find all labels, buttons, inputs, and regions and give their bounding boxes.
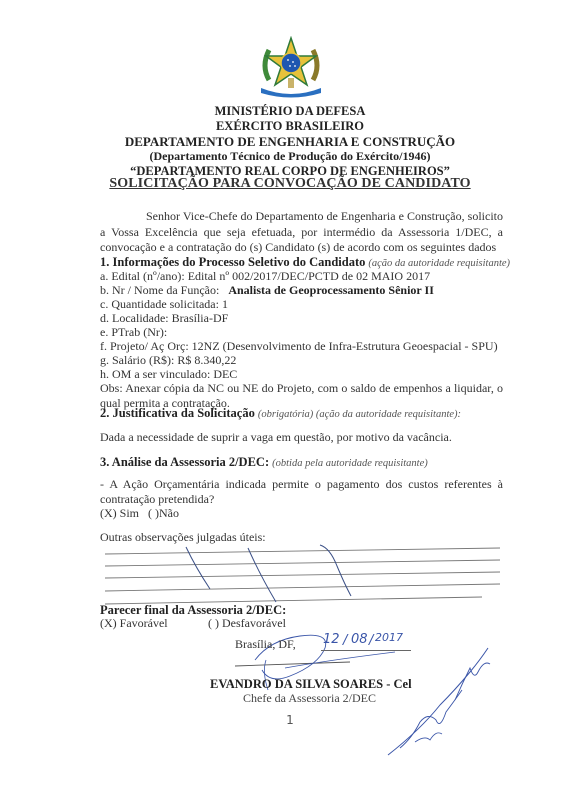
- letterhead: MINISTÉRIO DA DEFESA EXÉRCITO BRASILEIRO…: [0, 104, 580, 179]
- item-a: a. Edital (nº/ano): Edital nº 002/2017/D…: [100, 269, 430, 283]
- section1-note: (ação da autoridade requisitante): [368, 258, 510, 269]
- section3-question: - A Ação Orçamentária indicada permite o…: [100, 477, 503, 506]
- section2-note: (obrigatória) (ação da autoridade requis…: [258, 409, 461, 420]
- date-prefix: Brasília, DF,: [235, 637, 296, 651]
- parecer-options: (X) Favorável ( ) Desfavorável: [100, 616, 168, 630]
- brazil-coat-of-arms-icon: [255, 36, 327, 100]
- section2-text: Dada a necessidade de suprir a vaga em q…: [100, 430, 452, 444]
- item-d-value: Brasília-DF: [172, 311, 229, 325]
- document-title: SOLICITAÇÃO PARA CONVOCAÇÃO DE CANDIDATO: [0, 176, 580, 192]
- intro-text: Senhor Vice-Chefe do Departamento de Eng…: [100, 209, 503, 256]
- item-e-label: e. PTrab (Nr):: [100, 325, 167, 339]
- item-g-value: R$ 8.340,22: [177, 353, 236, 367]
- date-day[interactable]: 12: [323, 633, 340, 647]
- item-c-value: 1: [222, 297, 228, 311]
- option-nao[interactable]: ( )Não: [148, 506, 179, 520]
- section1-title: 1. Informações do Processo Seletivo do C…: [100, 255, 365, 269]
- section3-note: (obtida pela autoridade requisitante): [272, 458, 428, 469]
- section2-heading: 2. Justificativa da Solicitação (obrigat…: [100, 406, 461, 422]
- army-line: EXÉRCITO BRASILEIRO: [0, 119, 580, 134]
- item-f: f. Projeto/ Aç Orç: 12NZ (Desenvolviment…: [100, 339, 498, 353]
- item-f-label: f. Projeto/ Aç Orç:: [100, 339, 192, 353]
- item-b-label: b. Nr / Nome da Função:: [100, 283, 219, 297]
- date-underline: [321, 650, 411, 651]
- item-c-label: c. Quantidade solicitada:: [100, 297, 222, 311]
- date-separator-2: /: [369, 634, 373, 648]
- department-subtitle: (Departamento Técnico de Produção do Exé…: [0, 149, 580, 164]
- section2-title: 2. Justificativa da Solicitação: [100, 406, 255, 420]
- section3-heading: 3. Análise da Assessoria 2/DEC: (obtida …: [100, 455, 428, 471]
- other-observations-label: Outras observações julgadas úteis:: [100, 530, 266, 544]
- section3-title: 3. Análise da Assessoria 2/DEC:: [100, 455, 269, 469]
- section3-options: (X) Sim ( )Não: [100, 506, 179, 520]
- page-number: 1: [0, 713, 580, 727]
- date-line: Brasília, DF, 12 / 08 / 2017: [235, 637, 296, 651]
- item-c: c. Quantidade solicitada: 1: [100, 297, 228, 311]
- item-g: g. Salário (R$): R$ 8.340,22: [100, 353, 236, 367]
- item-f-value: 12NZ (Desenvolvimento de Infra-Estrutura…: [192, 339, 498, 353]
- date-separator: /: [343, 634, 347, 648]
- date-month[interactable]: 08: [351, 633, 368, 647]
- signatory-role: Chefe da Assessoria 2/DEC: [243, 691, 376, 706]
- option-desfavoravel[interactable]: ( ) Desfavorável: [208, 616, 286, 630]
- item-g-label: g. Salário (R$):: [100, 353, 177, 367]
- item-b: b. Nr / Nome da Função: Analista de Geop…: [100, 283, 434, 297]
- intro-paragraph: Senhor Vice-Chefe do Departamento de Eng…: [100, 209, 503, 256]
- date-year[interactable]: 2017: [375, 631, 403, 645]
- item-e: e. PTrab (Nr):: [100, 325, 167, 339]
- item-h: h. OM a ser vinculado: DEC: [100, 367, 237, 381]
- item-h-label: h. OM a ser vinculado:: [100, 367, 213, 381]
- item-a-label: a. Edital (nº/ano):: [100, 269, 188, 283]
- signatory-name: EVANDRO DA SILVA SOARES - Cel: [210, 677, 412, 692]
- option-favoravel[interactable]: (X) Favorável: [100, 616, 168, 630]
- ministry-line: MINISTÉRIO DA DEFESA: [0, 104, 580, 119]
- item-h-value: DEC: [213, 367, 237, 381]
- item-d: d. Localidade: Brasília-DF: [100, 311, 228, 325]
- item-d-label: d. Localidade:: [100, 311, 172, 325]
- department-line: DEPARTAMENTO DE ENGENHARIA E CONSTRUÇÃO: [0, 134, 580, 149]
- option-sim[interactable]: (X) Sim: [100, 506, 139, 520]
- item-b-value: Analista de Geoprocessamento Sênior II: [228, 283, 434, 297]
- parecer-title: Parecer final da Assessoria 2/DEC:: [100, 603, 286, 617]
- item-a-value: Edital nº 002/2017/DEC/PCTD de 02 MAIO 2…: [188, 269, 430, 283]
